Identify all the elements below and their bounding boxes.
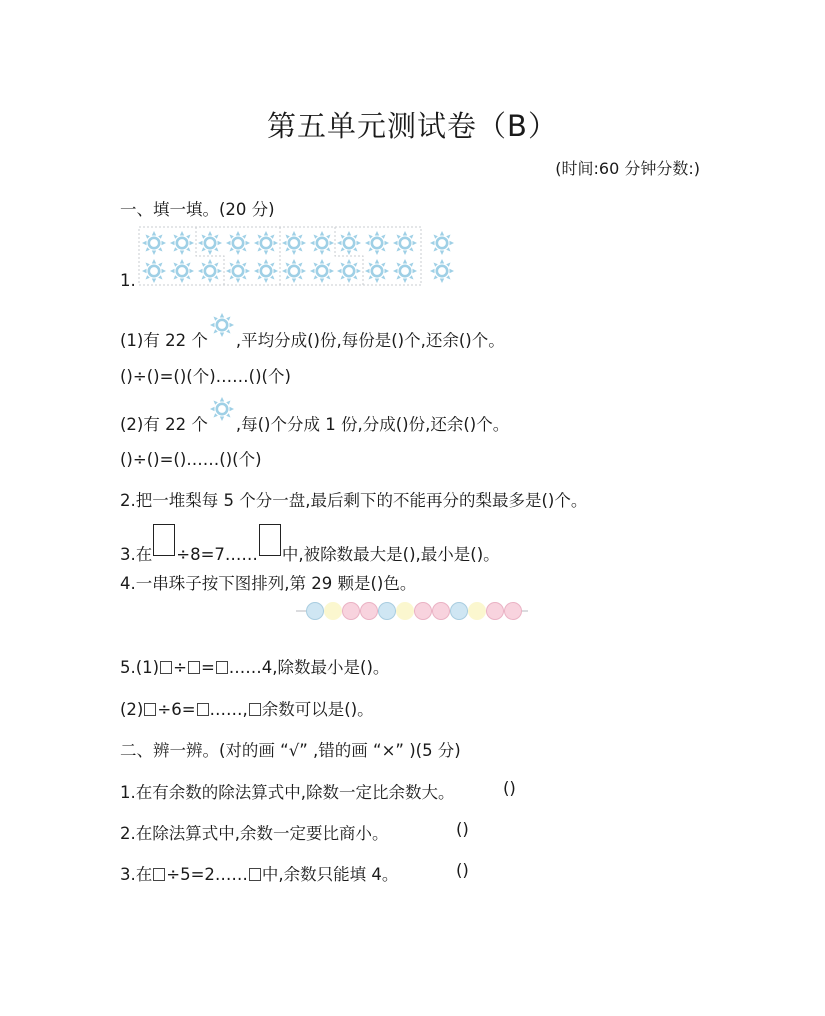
judge-item-2-answer[interactable]: ()	[456, 820, 469, 839]
bead-blue	[379, 603, 396, 620]
section1-heading: 一、填一填。(20 分)	[120, 196, 275, 220]
q1-part2-equation: ()÷()=()……()(个)	[120, 446, 262, 470]
judge-item-3-mid: ÷5=2……	[166, 865, 248, 884]
page-title: 第五单元测试卷（B）	[0, 104, 825, 145]
snowflakes	[138, 226, 458, 286]
dividend-blank-box[interactable]	[153, 524, 175, 556]
bead-blue	[307, 603, 324, 620]
bead-pink	[505, 603, 522, 620]
bead-blue	[451, 603, 468, 620]
q1-part2-post: ,每()个分成 1 份,分成()份,还余()个。	[236, 415, 509, 434]
blank-box[interactable]	[249, 703, 261, 716]
q2-text: 2.把一堆梨每 5 个分一盘,最后剩下的不能再分的梨最多是()个。	[120, 487, 587, 511]
judge-item-3-pre: 3.在	[120, 865, 152, 884]
judge-item-1: 1.在有余数的除法算式中,除数一定比余数大。	[120, 779, 455, 803]
q1-part2: (2)有 22 个,每()个分成 1 份,分成()份,还余()个。	[120, 406, 509, 435]
snowflake-icon	[209, 312, 235, 338]
time-score-info: (时间:60 分钟分数:)	[555, 156, 700, 179]
bead-pink	[487, 603, 504, 620]
q3-mid: ÷8=7……	[176, 545, 258, 564]
q1-part1-pre: (1)有 22 个	[120, 331, 208, 350]
blank-box[interactable]	[188, 661, 200, 674]
judge-item-1-answer[interactable]: ()	[503, 779, 516, 798]
q5-part2: (2)÷6=……,余数可以是()。	[120, 696, 374, 720]
bead-pink	[415, 603, 432, 620]
judge-item-3: 3.在÷5=2……中,余数只能填 4。	[120, 861, 398, 885]
q5-part1-prefix: 5.(1)	[120, 658, 159, 677]
q5-part2-mid: ÷6=	[157, 700, 195, 719]
equals-sign: =	[201, 658, 215, 677]
q5-part1: 5.(1)÷=……4,除数最小是()。	[120, 654, 389, 678]
judge-item-1-text: 1.在有余数的除法算式中,除数一定比余数大。	[120, 783, 455, 802]
blank-box[interactable]	[153, 868, 165, 881]
judge-item-3-answer[interactable]: ()	[456, 861, 469, 880]
divide-sign: ÷	[173, 658, 187, 677]
q5-part2-ellipsis: ……,	[210, 700, 248, 719]
bead-pink	[361, 603, 378, 620]
bead-yellow	[397, 603, 414, 620]
bead-yellow	[469, 603, 486, 620]
blank-box[interactable]	[197, 703, 209, 716]
bead-pink	[343, 603, 360, 620]
q5-part2-tail: 余数可以是()。	[262, 700, 374, 719]
blank-box[interactable]	[216, 661, 228, 674]
q1-part1-equation: ()÷()=()(个)……()(个)	[120, 363, 291, 387]
blank-box[interactable]	[160, 661, 172, 674]
q1-part1: (1)有 22 个,平均分成()份,每份是()个,还余()个。	[120, 322, 505, 351]
q4-text: 4.一串珠子按下图排列,第 29 颗是()色。	[120, 570, 416, 594]
judge-item-2-text: 2.在除法算式中,余数一定要比商小。	[120, 824, 389, 843]
judge-item-3-post: 中,余数只能填 4。	[262, 865, 399, 884]
bead-pink	[433, 603, 450, 620]
remainder-blank-box[interactable]	[259, 524, 281, 556]
blank-box[interactable]	[144, 703, 156, 716]
snowflake-grid-figure	[138, 226, 458, 286]
q5-part1-tail: ……4,除数最小是()。	[229, 658, 390, 677]
q3-line: 3.在÷8=7……中,被除数最大是(),最小是()。	[120, 532, 500, 565]
snowflake-icon	[209, 396, 235, 422]
q5-part2-prefix: (2)	[120, 700, 143, 719]
judge-item-2: 2.在除法算式中,余数一定要比商小。	[120, 820, 389, 844]
q3-post: 中,被除数最大是(),最小是()。	[282, 545, 500, 564]
q1-number: 1.	[120, 271, 136, 290]
bead-yellow	[325, 603, 342, 620]
q1-part2-pre: (2)有 22 个	[120, 415, 208, 434]
blank-box[interactable]	[249, 868, 261, 881]
bead-string-figure	[296, 600, 528, 622]
section2-heading: 二、辨一辨。(对的画 “√” ,错的画 “×” )(5 分)	[120, 737, 461, 761]
q1-part1-post: ,平均分成()份,每份是()个,还余()个。	[236, 331, 505, 350]
q3-pre: 3.在	[120, 545, 152, 564]
